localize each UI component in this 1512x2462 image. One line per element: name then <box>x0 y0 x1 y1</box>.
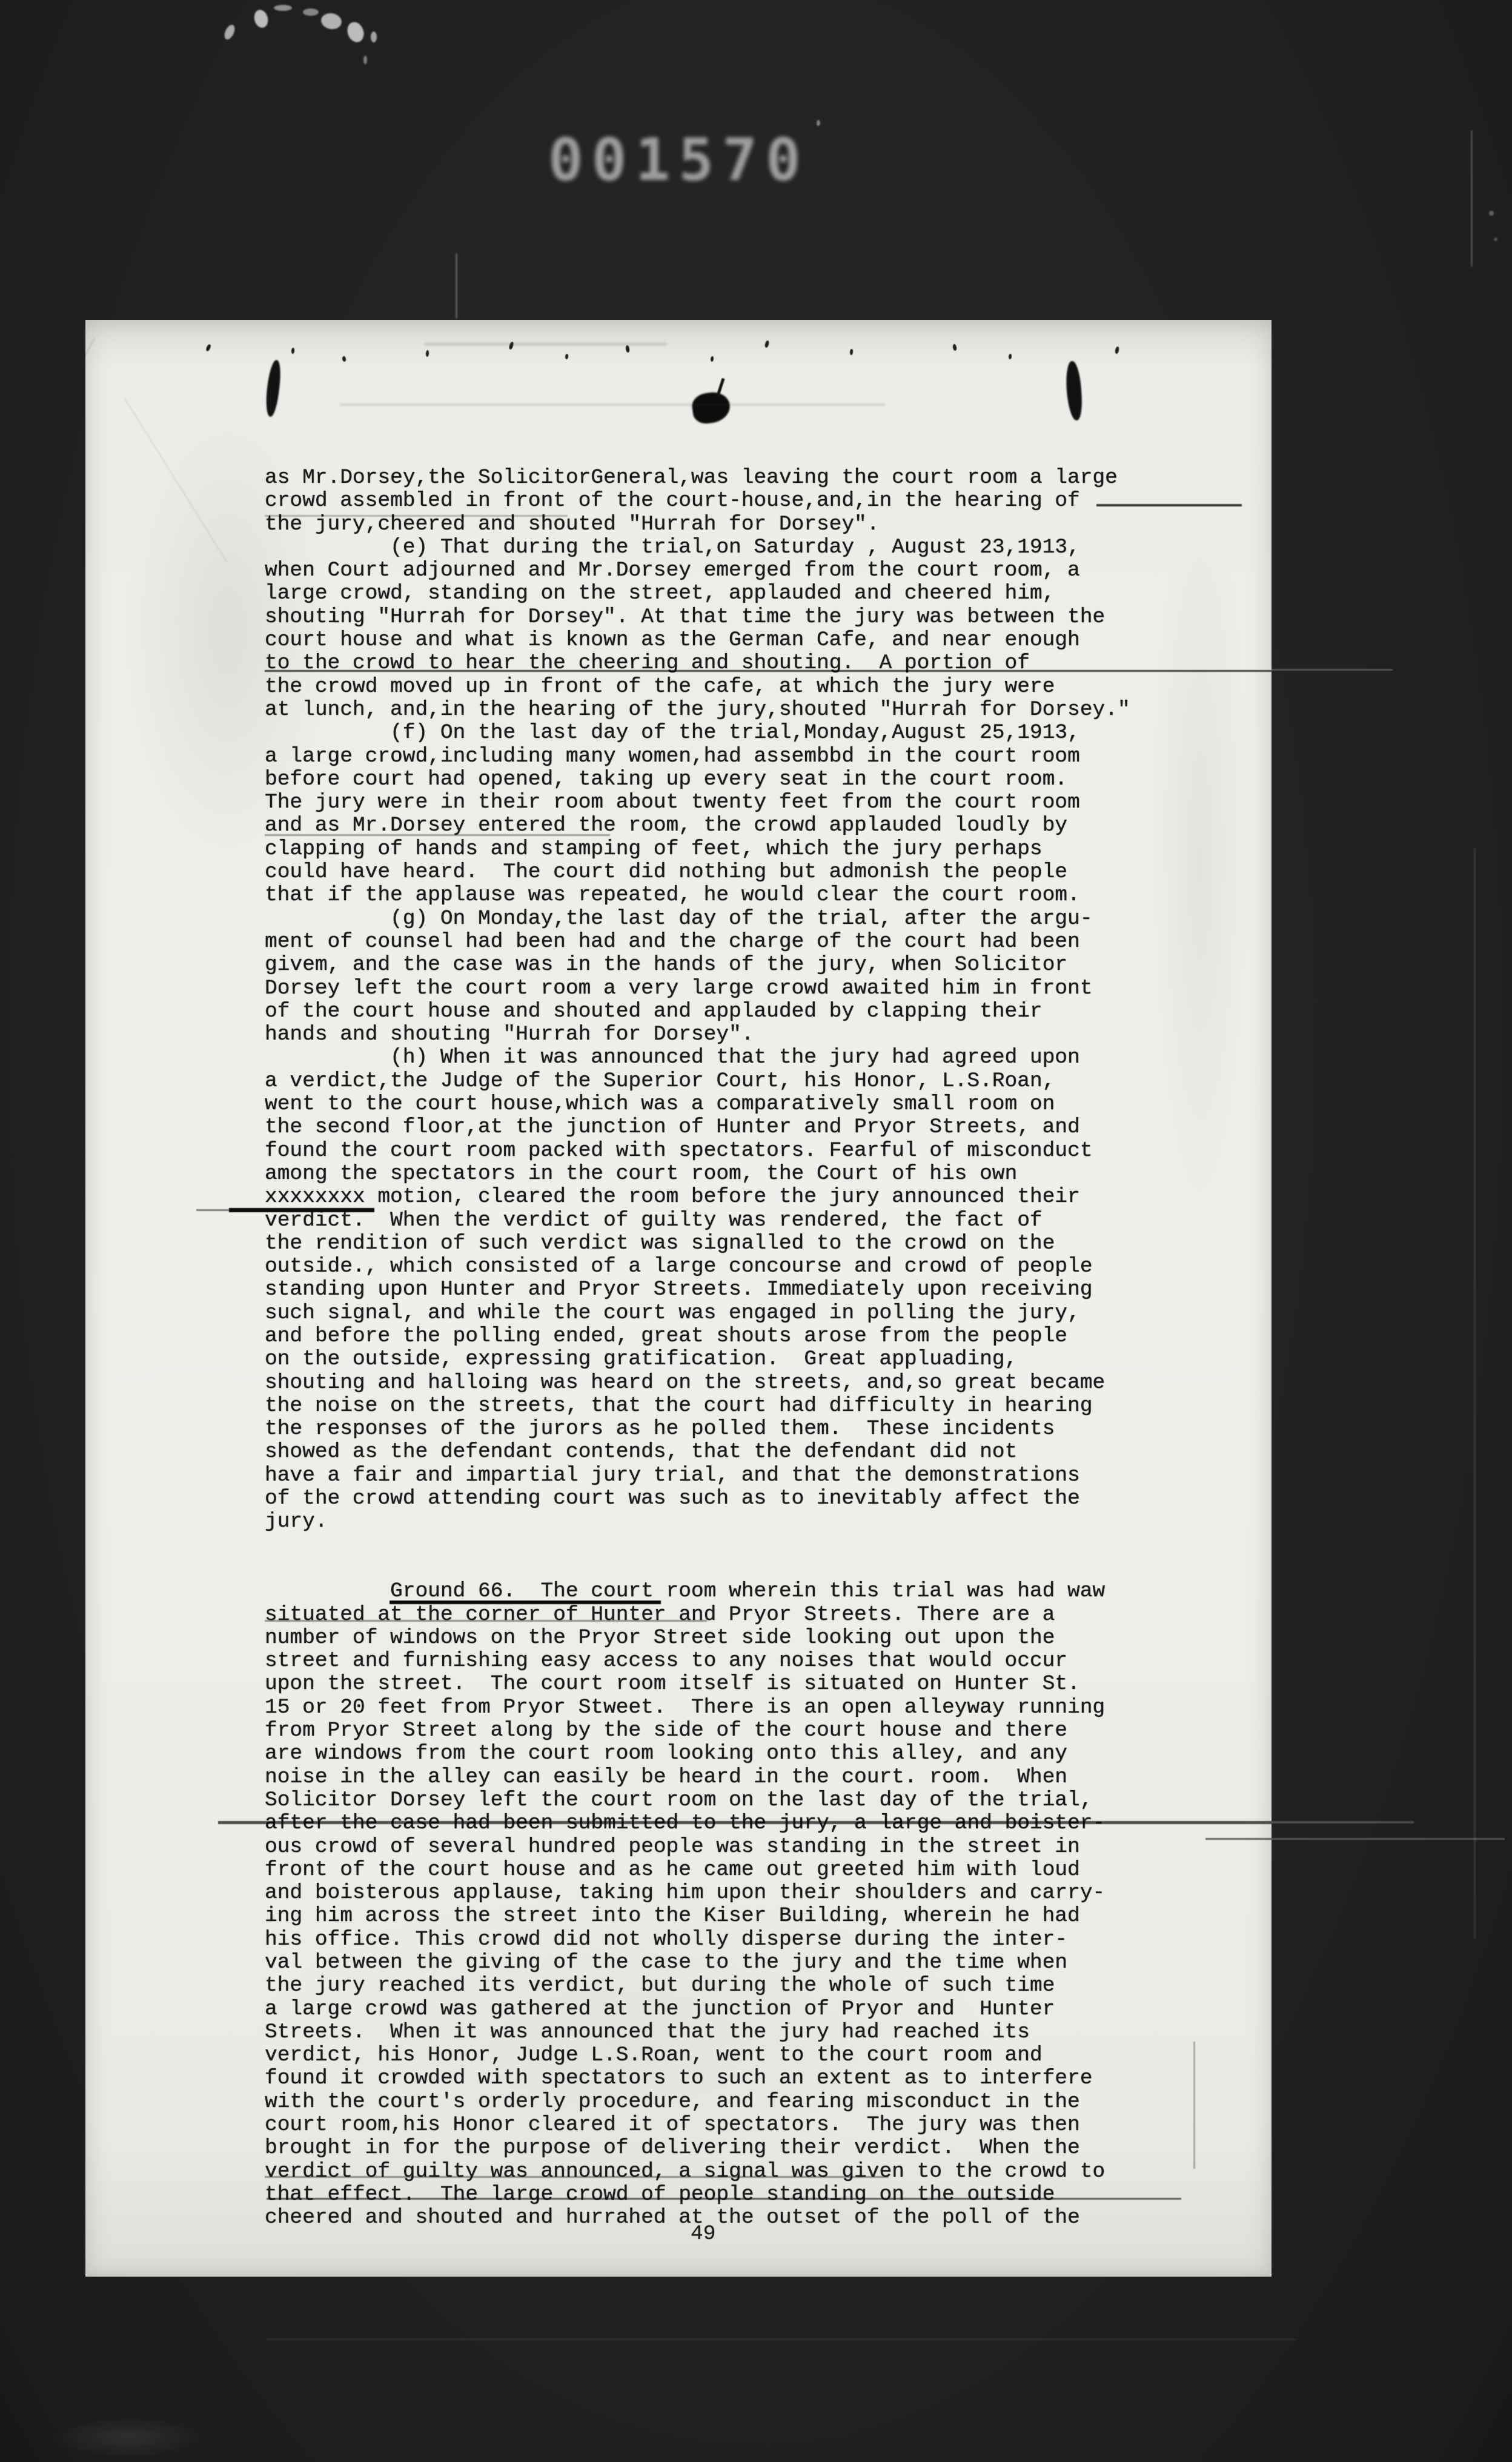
ink-speck <box>205 343 211 351</box>
document-page: as Mr.Dorsey,the SolicitorGeneral,was le… <box>85 320 1272 2277</box>
scan-line <box>265 515 568 517</box>
ink-speck <box>565 354 568 359</box>
ink-speck <box>342 356 346 362</box>
dust-speck <box>1489 211 1494 216</box>
page-number: 49 <box>691 2222 715 2246</box>
scratch-mark <box>48 2416 206 2458</box>
ink-blob <box>691 390 732 425</box>
ink-speck <box>711 356 714 362</box>
scribble-mark <box>345 20 366 45</box>
crease-line <box>124 398 228 563</box>
scan-line <box>265 2176 889 2178</box>
underline-mark <box>390 1601 661 1604</box>
scan-line <box>218 1821 1272 1824</box>
scan-line <box>265 670 1272 672</box>
scribble-mark <box>303 8 319 16</box>
scan-line <box>265 1620 707 1622</box>
serial-stamp: 001570 <box>548 126 809 194</box>
smudge-line <box>340 403 885 406</box>
scribble-mark <box>320 12 343 31</box>
scratch-mark <box>1471 130 1473 267</box>
scribble-mark <box>363 56 367 64</box>
ink-speck <box>291 348 294 354</box>
scribble-mark <box>252 8 270 30</box>
registration-mark-left <box>264 359 282 417</box>
dust-speck <box>1494 237 1497 241</box>
scanned-photo-background: 001570 as Mr.Dorsey <box>0 0 1512 2462</box>
scan-line <box>267 2198 1181 2200</box>
scan-line <box>1205 1838 1272 1840</box>
crease-line <box>0 338 95 628</box>
scribble-mark <box>274 5 292 11</box>
strikeout-mark <box>229 1208 374 1212</box>
ink-speck <box>1009 354 1012 359</box>
scan-line <box>1272 1838 1505 1840</box>
ink-speck <box>1115 347 1119 354</box>
ink-speck <box>764 340 769 348</box>
scan-line <box>196 1209 230 1211</box>
scan-line <box>1272 669 1393 671</box>
scan-line <box>1096 504 1242 506</box>
typewritten-text: as Mr.Dorsey,the SolicitorGeneral,was le… <box>265 466 1130 2230</box>
scribble-mark <box>371 32 377 42</box>
registration-mark-right <box>1065 360 1084 420</box>
scratch-mark <box>1474 848 1476 1939</box>
scratch-mark <box>456 253 457 319</box>
scratch-mark <box>1193 2042 1195 2169</box>
ink-speck <box>625 345 630 353</box>
scan-line <box>1272 1821 1414 1823</box>
scratch-mark <box>267 2338 1296 2340</box>
scribble-mark <box>222 23 237 41</box>
dust-speck <box>817 120 820 126</box>
scan-line <box>265 834 610 836</box>
ink-speck <box>850 349 853 355</box>
ink-speck <box>952 343 958 351</box>
ink-speck <box>426 350 429 357</box>
smudge-line <box>425 343 667 345</box>
